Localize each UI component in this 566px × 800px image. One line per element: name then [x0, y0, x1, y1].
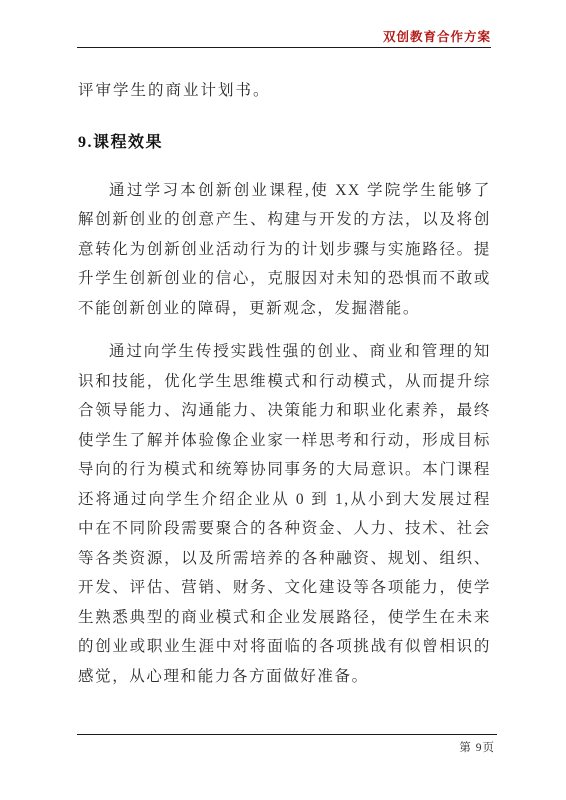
body-paragraph-2: 通过向学生传授实践性强的创业、商业和管理的知识和技能，优化学生思维模式和行动模式… [78, 337, 491, 691]
document-body: 评审学生的商业计划书。 9.课程效果 通过学习本创新创业课程,使 XX 学院学生… [78, 74, 491, 691]
header-title: 双创教育合作方案 [77, 30, 491, 47]
header-rule [77, 47, 491, 48]
page-header: 双创教育合作方案 [77, 0, 491, 48]
document-page: 双创教育合作方案 评审学生的商业计划书。 9.课程效果 通过学习本创新创业课程,… [0, 0, 566, 800]
page-number: 第 9页 [77, 735, 497, 755]
carryover-paragraph-line: 评审学生的商业计划书。 [78, 76, 491, 106]
section-heading: 9.课程效果 [78, 133, 491, 153]
body-paragraph-1: 通过学习本创新创业课程,使 XX 学院学生能够了解创新创业的创意产生、构建与开发… [78, 176, 491, 324]
page-footer: 第 9页 [77, 734, 497, 755]
